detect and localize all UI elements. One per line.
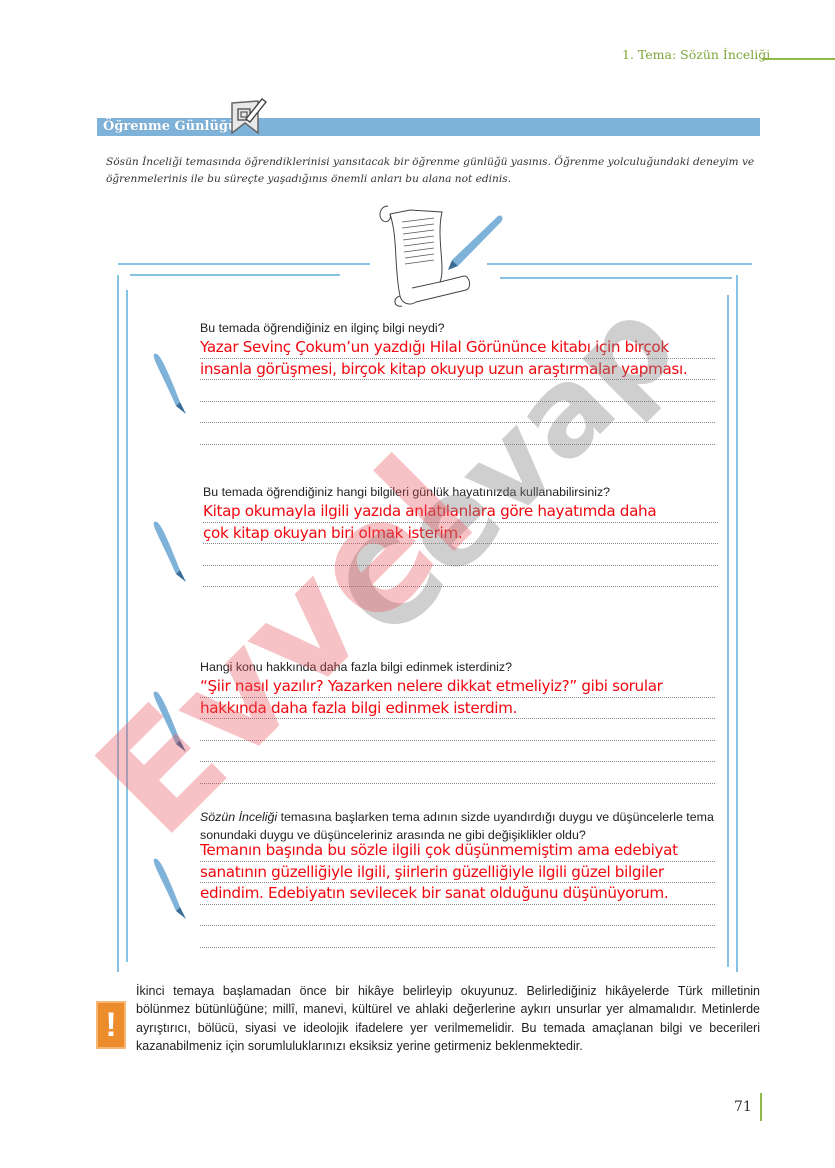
- scroll-quill-illustration: [370, 198, 510, 313]
- answer-line[interactable]: insanla görüşmesi, birçok kitap okuyup u…: [200, 359, 715, 381]
- page-number-rule: [760, 1093, 762, 1121]
- frame-top-right-outer: [487, 263, 752, 265]
- answer-line[interactable]: Yazar Sevinç Çokum’un yazdığı Hilal Görü…: [200, 337, 715, 359]
- frame-top-left-outer: [118, 263, 370, 265]
- question-prompt-rest: temasına başlarken tema adının sizde uya…: [200, 810, 714, 842]
- answer-line[interactable]: edindim. Edebiyatın sevilecek bir sanat …: [200, 883, 715, 905]
- section-title: Öğrenme Günlüğü: [103, 119, 237, 134]
- answer-line[interactable]: hakkında daha fazla bilgi edinmek isterd…: [200, 698, 715, 720]
- question-prompt: Sözün İnceliği temasına başlarken tema a…: [200, 808, 715, 844]
- answer-line[interactable]: [200, 741, 715, 763]
- question-prompt: Bu temada öğrendiğiniz hangi bilgileri g…: [203, 483, 718, 501]
- answer-line[interactable]: [200, 762, 715, 784]
- exclamation-icon: !: [96, 1001, 126, 1049]
- pen-icon: [150, 688, 190, 758]
- frame-top-right-inner: [500, 277, 732, 279]
- running-head-rule: [762, 58, 835, 60]
- question-prompt: Bu temada öğrendiğiniz en ilginç bilgi n…: [200, 319, 715, 337]
- note-text: İkinci temaya başlamadan önce bir hikâye…: [136, 982, 760, 1056]
- frame-left-outer: [117, 275, 119, 972]
- question-prompt: Hangi konu hakkında daha fazla bilgi edi…: [200, 658, 715, 676]
- answer-line[interactable]: “Şiir nasıl yazılır? Yazarken nelere dik…: [200, 676, 715, 698]
- pen-icon: [150, 855, 190, 925]
- section-intro: Sösün İnceliği temasında öğrendiklerinis…: [106, 154, 766, 188]
- answer-line[interactable]: [200, 402, 715, 424]
- question-block-1: Bu temada öğrendiğiniz en ilginç bilgi n…: [200, 319, 715, 445]
- running-head: 1. Tema: Sözün İnceliği: [622, 47, 770, 62]
- page-number: 71: [734, 1099, 752, 1115]
- answer-line[interactable]: [200, 926, 715, 948]
- pen-icon: [150, 518, 190, 588]
- pen-icon: [150, 350, 190, 420]
- answer-line[interactable]: [200, 905, 715, 927]
- frame-top-left-inner: [130, 274, 340, 276]
- journal-pen-icon: [228, 97, 268, 137]
- theme-name-italic: Sözün İnceliği: [200, 810, 277, 824]
- question-block-4: Sözün İnceliği temasına başlarken tema a…: [200, 808, 715, 948]
- frame-right-outer: [736, 275, 738, 972]
- answer-line[interactable]: [200, 423, 715, 445]
- answer-line[interactable]: sanatının güzelliğiyle ilgili, şiirlerin…: [200, 862, 715, 884]
- answer-line[interactable]: [203, 566, 718, 588]
- answer-line[interactable]: [200, 380, 715, 402]
- answer-line[interactable]: [203, 544, 718, 566]
- question-block-2: Bu temada öğrendiğiniz hangi bilgileri g…: [203, 483, 718, 587]
- answer-line[interactable]: Kitap okumayla ilgili yazıda anlatılanla…: [203, 501, 718, 523]
- answer-line[interactable]: çok kitap okuyan biri olmak isterim.: [203, 523, 718, 545]
- answer-line[interactable]: Temanın başında bu sözle ilgili çok düşü…: [200, 840, 715, 862]
- frame-right-inner: [727, 295, 729, 967]
- answer-line[interactable]: [200, 719, 715, 741]
- frame-left-inner: [126, 290, 128, 962]
- question-block-3: Hangi konu hakkında daha fazla bilgi edi…: [200, 658, 715, 784]
